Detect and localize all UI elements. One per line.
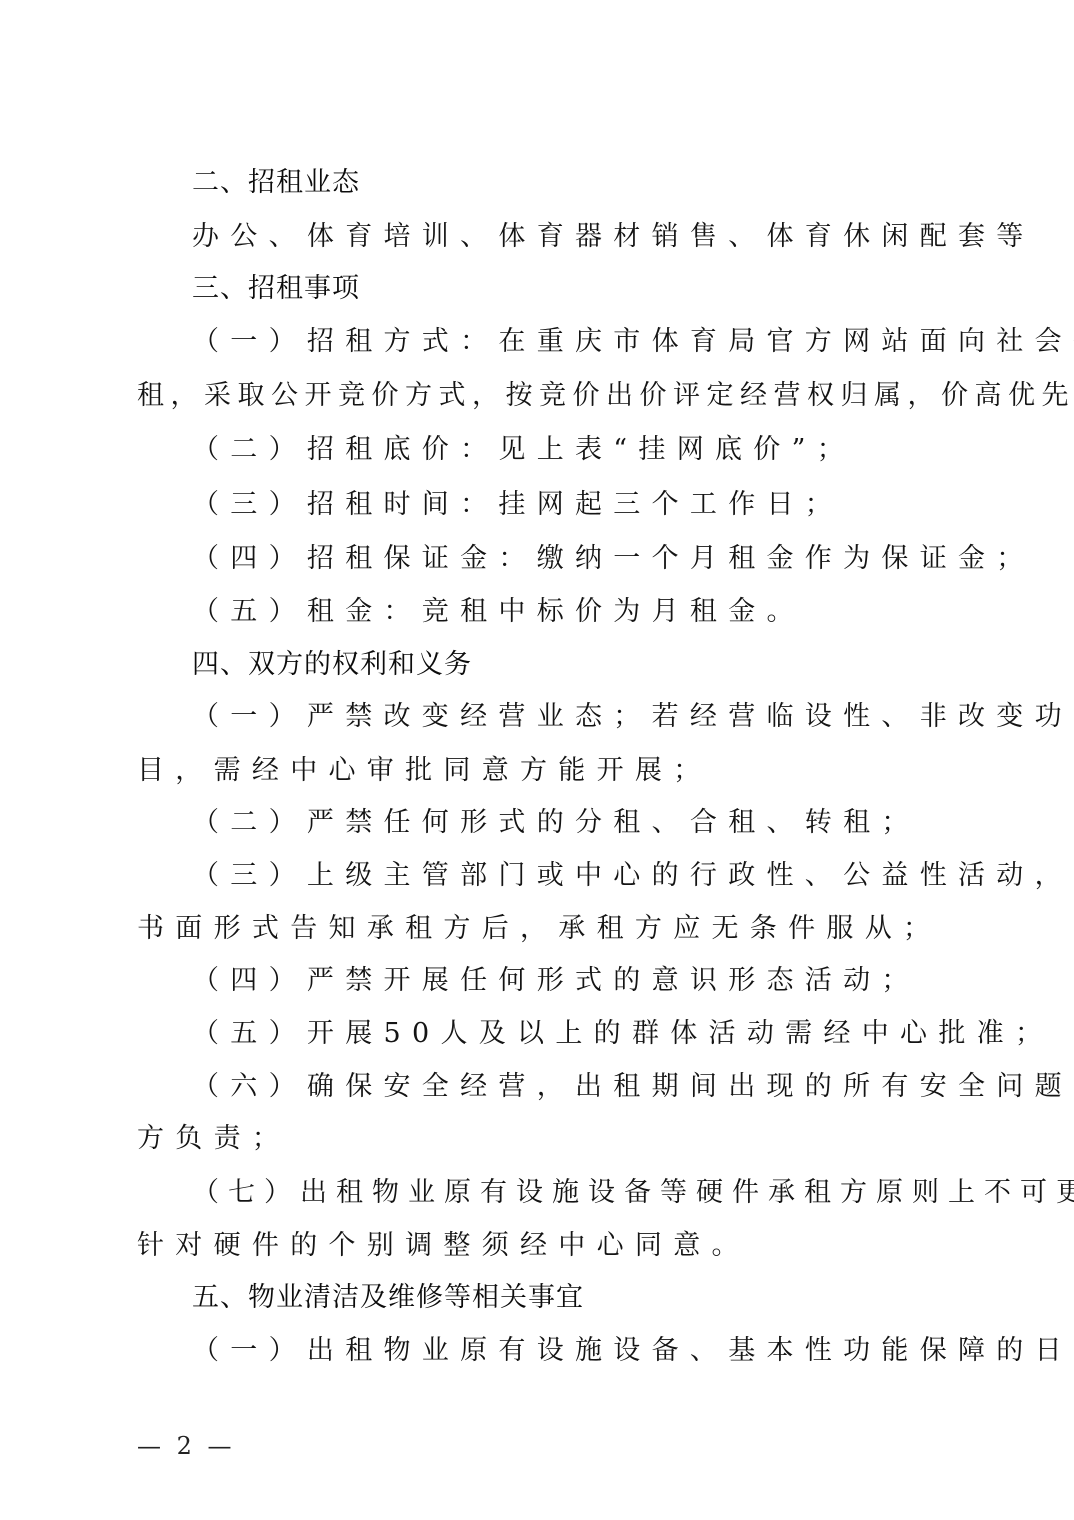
paragraph-line: （一）出租物业原有设施设备、基本性功能保障的日常维护 <box>192 1334 1074 1368</box>
section-heading-2: 二、招租业态 <box>192 166 360 200</box>
paragraph-line: （二）招租底价：见上表“挂网底价”； <box>192 433 855 467</box>
paragraph-line: 针对硬件的个别调整须经中心同意。 <box>137 1229 750 1263</box>
paragraph-line: 租，采取公开竞价方式，按竞价出价评定经营权归属，价高优先； <box>137 379 1074 413</box>
paragraph-line: （三）上级主管部门或中心的行政性、公益性活动，中心以 <box>192 859 1074 893</box>
paragraph-line: （六）确保安全经营，出租期间出现的所有安全问题由承租 <box>192 1070 1074 1104</box>
paragraph-line: 目，需经中心审批同意方能开展； <box>137 754 712 788</box>
section-heading-5: 五、物业清洁及维修等相关事宜 <box>192 1281 584 1315</box>
paragraph-line: （一）严禁改变经营业态；若经营临设性、非改变功能性项 <box>192 700 1074 734</box>
paragraph-line: （七）出租物业原有设施设备等硬件承租方原则上不可更换， <box>192 1176 1074 1210</box>
paragraph-line: （一）招租方式：在重庆市体育局官方网站面向社会公开招 <box>192 325 1074 359</box>
paragraph-line: （四）招租保证金：缴纳一个月租金作为保证金； <box>192 542 1035 576</box>
page-number: — 2 — <box>137 1432 236 1460</box>
paragraph-line: 办公、体育培训、体育器材销售、体育休闲配套等 <box>192 220 1035 254</box>
section-heading-3: 三、招租事项 <box>192 272 360 306</box>
paragraph-line: 方负责； <box>137 1122 290 1156</box>
paragraph-line: （四）严禁开展任何形式的意识形态活动； <box>192 964 920 998</box>
paragraph-line: 书面形式告知承租方后，承租方应无条件服从； <box>137 912 941 946</box>
paragraph-line: （五）租金：竞租中标价为月租金。 <box>192 595 805 629</box>
paragraph-line: （二）严禁任何形式的分租、合租、转租； <box>192 806 920 840</box>
section-heading-4: 四、双方的权利和义务 <box>192 648 472 682</box>
paragraph-line: （三）招租时间：挂网起三个工作日； <box>192 488 843 522</box>
paragraph-line: （五）开展50人及以上的群体活动需经中心批准； <box>192 1017 1053 1051</box>
